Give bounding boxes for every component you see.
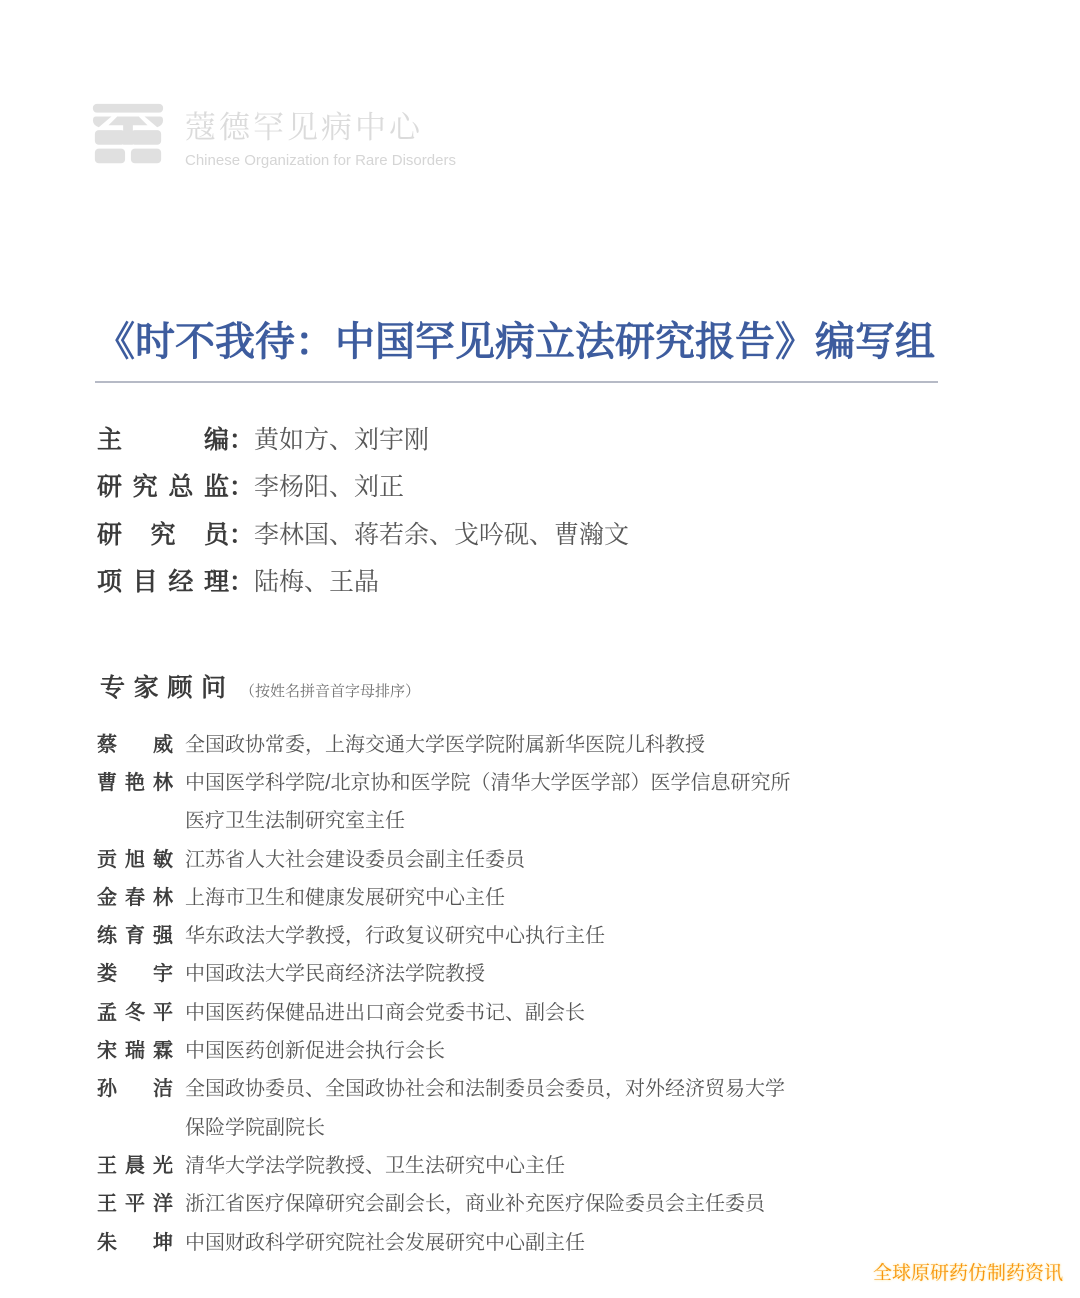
advisor-name-char: 孙 bbox=[97, 1072, 117, 1101]
advisor-name-char: 娄 bbox=[97, 957, 117, 986]
role-colon: ： bbox=[229, 420, 254, 456]
advisor-name-char: 平 bbox=[125, 1187, 145, 1216]
advisor-name-char: 宋 bbox=[97, 1034, 117, 1063]
advisors-heading-char: 问 bbox=[201, 676, 226, 701]
advisor-row: 保险学院副院长 bbox=[97, 1106, 791, 1144]
advisors-heading: 专家顾问 （按姓名拼音首字母排序） bbox=[100, 676, 420, 701]
role-names: 黄如方、刘宇刚 bbox=[254, 420, 429, 456]
advisor-row: 王平洋浙江省医疗保障研究会副会长，商业补充医疗保险委员会主任委员 bbox=[97, 1183, 791, 1221]
page-title: 《时不我待：中国罕见病立法研究报告》编写组 bbox=[95, 320, 935, 364]
advisor-name: 娄宇 bbox=[97, 957, 173, 986]
role-names: 李林国、蒋若余、戈吟砚、曹瀚文 bbox=[254, 515, 629, 551]
advisor-row: 孟冬平中国医药保健品进出口商会党委书记、副会长 bbox=[97, 991, 791, 1029]
advisor-name-char: 冬 bbox=[125, 996, 145, 1025]
role-label: 研究总监 bbox=[97, 467, 229, 503]
role-names: 陆梅、王晶 bbox=[254, 562, 379, 598]
role-colon: ： bbox=[229, 562, 254, 598]
role-label-char: 研 bbox=[97, 467, 122, 503]
advisor-name: 孙洁 bbox=[97, 1072, 173, 1101]
advisors-heading-text: 专家顾问 bbox=[100, 676, 226, 701]
advisor-title: 江苏省人大社会建设委员会副主任委员 bbox=[185, 843, 525, 872]
advisor-name-char: 曹 bbox=[97, 766, 117, 795]
role-label-char: 究 bbox=[150, 515, 175, 551]
advisor-name-char: 光 bbox=[153, 1149, 173, 1178]
advisor-name-char: 霖 bbox=[153, 1034, 173, 1063]
advisor-name-char: 洋 bbox=[153, 1187, 173, 1216]
advisor-title: 中国医药创新促进会执行会长 bbox=[185, 1034, 445, 1063]
role-label-char: 究 bbox=[133, 467, 158, 503]
advisor-row: 金春林上海市卫生和健康发展研究中心主任 bbox=[97, 876, 791, 914]
advisor-row: 蔡威全国政协常委，上海交通大学医学院附属新华医院儿科教授 bbox=[97, 723, 791, 761]
advisors-heading-char: 顾 bbox=[167, 676, 192, 701]
role-label-char: 员 bbox=[204, 515, 229, 551]
role-label-char: 项 bbox=[97, 562, 122, 598]
advisor-name-char: 林 bbox=[153, 881, 173, 910]
advisor-row: 王晨光清华大学法学院教授、卫生法研究中心主任 bbox=[97, 1144, 791, 1182]
advisor-row: 曹艳林中国医学科学院/北京协和医学院（清华大学医学部）医学信息研究所 bbox=[97, 761, 791, 799]
advisor-name-char: 平 bbox=[153, 996, 173, 1025]
advisor-name-char: 王 bbox=[97, 1149, 117, 1178]
advisor-name: 蔡威 bbox=[97, 728, 173, 757]
logo-name-cn: 蔻德罕见病中心 bbox=[185, 103, 456, 143]
advisors-sort-note: （按姓名拼音首字母排序） bbox=[240, 684, 420, 699]
document-page: 蔻德罕见病中心 Chinese Organization for Rare Di… bbox=[0, 0, 1080, 1298]
advisor-title: 中国政法大学民商经济法学院教授 bbox=[185, 957, 485, 986]
advisor-name-char: 强 bbox=[153, 919, 173, 948]
advisor-name-char: 蔡 bbox=[97, 728, 117, 757]
role-label: 研究员 bbox=[97, 515, 229, 551]
advisor-row: 宋瑞霖中国医药创新促进会执行会长 bbox=[97, 1029, 791, 1067]
role-label: 项目经理 bbox=[97, 562, 229, 598]
advisor-title: 全国政协常委，上海交通大学医学院附属新华医院儿科教授 bbox=[185, 728, 705, 757]
advisor-name-char: 旭 bbox=[125, 843, 145, 872]
title-divider bbox=[95, 381, 938, 383]
advisor-name-char: 坤 bbox=[153, 1226, 173, 1255]
advisors-list: 蔡威全国政协常委，上海交通大学医学院附属新华医院儿科教授曹艳林中国医学科学院/北… bbox=[97, 723, 791, 1259]
advisor-name-char: 瑞 bbox=[125, 1034, 145, 1063]
advisor-row: 朱坤中国财政科学研究院社会发展研究中心副主任 bbox=[97, 1221, 791, 1259]
advisor-name-char: 林 bbox=[153, 766, 173, 795]
role-row: 主编：黄如方、刘宇刚 bbox=[97, 414, 629, 462]
advisor-name: 金春林 bbox=[97, 881, 173, 910]
advisors-heading-char: 家 bbox=[134, 676, 159, 701]
advisor-name: 曹艳林 bbox=[97, 766, 173, 795]
role-colon: ： bbox=[229, 515, 254, 551]
advisor-title: 华东政法大学教授，行政复议研究中心执行主任 bbox=[185, 919, 605, 948]
org-logo: 蔻德罕见病中心 Chinese Organization for Rare Di… bbox=[90, 103, 456, 168]
advisor-name-char: 宇 bbox=[153, 957, 173, 986]
advisor-name-char: 王 bbox=[97, 1187, 117, 1216]
advisor-name: 王平洋 bbox=[97, 1187, 173, 1216]
role-label-char: 监 bbox=[204, 467, 229, 503]
advisor-title: 清华大学法学院教授、卫生法研究中心主任 bbox=[185, 1149, 565, 1178]
advisor-name-char: 艳 bbox=[125, 766, 145, 795]
advisor-row: 贡旭敏江苏省人大社会建设委员会副主任委员 bbox=[97, 838, 791, 876]
advisors-heading-char: 专 bbox=[100, 676, 125, 701]
advisor-name-char: 威 bbox=[153, 728, 173, 757]
role-label-char: 研 bbox=[97, 515, 122, 551]
advisor-name-char: 练 bbox=[97, 919, 117, 948]
advisor-name-char: 晨 bbox=[125, 1149, 145, 1178]
advisor-name-char: 贡 bbox=[97, 843, 117, 872]
advisor-name: 宋瑞霖 bbox=[97, 1034, 173, 1063]
advisor-name: 练育强 bbox=[97, 919, 173, 948]
logo-text: 蔻德罕见病中心 Chinese Organization for Rare Di… bbox=[185, 103, 456, 168]
editorial-roles-list: 主编：黄如方、刘宇刚研究总监：李杨阳、刘正研究员：李林国、蒋若余、戈吟砚、曹瀚文… bbox=[97, 414, 629, 604]
role-label-char: 编 bbox=[204, 420, 229, 456]
role-label-char: 目 bbox=[133, 562, 158, 598]
advisor-name-char: 春 bbox=[125, 881, 145, 910]
advisor-title: 中国医药保健品进出口商会党委书记、副会长 bbox=[185, 996, 585, 1025]
advisor-title: 医疗卫生法制研究室主任 bbox=[185, 804, 405, 833]
role-label: 主编 bbox=[97, 420, 229, 456]
advisor-name-char: 育 bbox=[125, 919, 145, 948]
advisor-row: 医疗卫生法制研究室主任 bbox=[97, 800, 791, 838]
role-names: 李杨阳、刘正 bbox=[254, 467, 404, 503]
role-row: 研究总监：李杨阳、刘正 bbox=[97, 462, 629, 510]
logo-name-en: Chinese Organization for Rare Disorders bbox=[185, 153, 456, 168]
advisor-name: 王晨光 bbox=[97, 1149, 173, 1178]
advisor-title: 中国财政科学研究院社会发展研究中心副主任 bbox=[185, 1226, 585, 1255]
advisor-title: 全国政协委员、全国政协社会和法制委员会委员，对外经济贸易大学 bbox=[185, 1072, 785, 1101]
advisor-name: 孟冬平 bbox=[97, 996, 173, 1025]
role-colon: ： bbox=[229, 467, 254, 503]
advisor-name-char: 朱 bbox=[97, 1226, 117, 1255]
role-label-char: 主 bbox=[97, 420, 122, 456]
advisor-row: 娄宇中国政法大学民商经济法学院教授 bbox=[97, 953, 791, 991]
advisor-title: 保险学院副院长 bbox=[185, 1111, 325, 1140]
role-row: 研究员：李林国、蒋若余、戈吟砚、曹瀚文 bbox=[97, 509, 629, 557]
advisor-name-char: 洁 bbox=[153, 1072, 173, 1101]
role-row: 项目经理：陆梅、王晶 bbox=[97, 557, 629, 605]
advisor-row: 孙洁全国政协委员、全国政协社会和法制委员会委员，对外经济贸易大学 bbox=[97, 1068, 791, 1106]
advisor-name-char: 敏 bbox=[153, 843, 173, 872]
advisor-row: 练育强华东政法大学教授，行政复议研究中心执行主任 bbox=[97, 914, 791, 952]
advisor-name: 贡旭敏 bbox=[97, 843, 173, 872]
role-label-char: 总 bbox=[168, 467, 193, 503]
advisor-title: 中国医学科学院/北京协和医学院（清华大学医学部）医学信息研究所 bbox=[185, 766, 791, 795]
watermark-text: 全球原研药仿制药资讯 bbox=[873, 1258, 1063, 1285]
role-label-char: 经 bbox=[168, 562, 193, 598]
cord-logo-icon bbox=[90, 103, 166, 167]
advisor-title: 上海市卫生和健康发展研究中心主任 bbox=[185, 881, 505, 910]
advisor-name: 朱坤 bbox=[97, 1226, 173, 1255]
role-label-char: 理 bbox=[204, 562, 229, 598]
advisor-name-char: 金 bbox=[97, 881, 117, 910]
advisor-name-char: 孟 bbox=[97, 996, 117, 1025]
advisor-title: 浙江省医疗保障研究会副会长，商业补充医疗保险委员会主任委员 bbox=[185, 1187, 765, 1216]
